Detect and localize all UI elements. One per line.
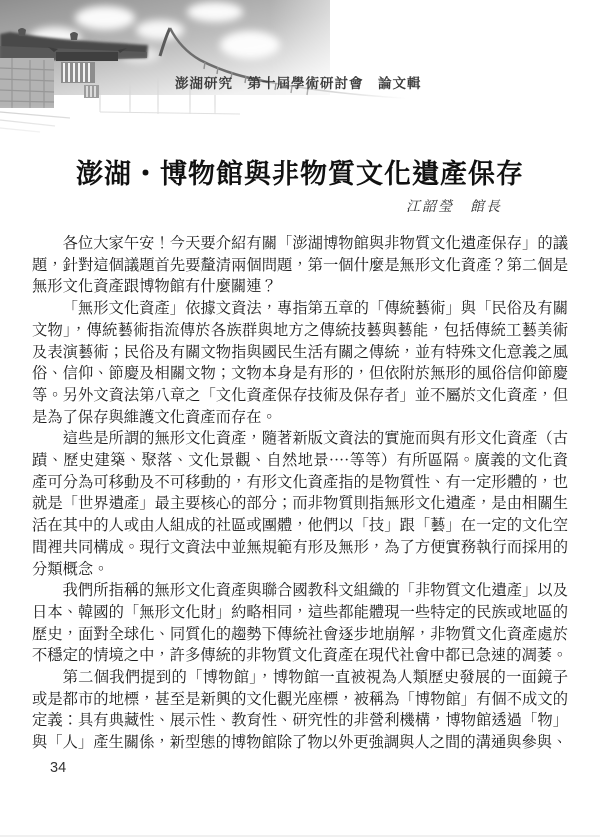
paragraph-5: 第二個我們提到的「博物館」，博物館一直被視為人類歷史發展的一面鏡子或是都市的地標…: [32, 667, 568, 754]
document-page: 澎湖研究 第十屆學術研討會 論文輯 澎湖・博物館與非物質文化遺產保存 江韶瑩 館…: [0, 0, 600, 837]
journal-header: 澎湖研究 第十屆學術研討會 論文輯: [175, 72, 422, 92]
article-body: 各位大家午安！今天要介紹有關「澎湖博物館與非物質文化遺產保存」的議題，針對這個議…: [32, 233, 568, 754]
paragraph-4: 我們所指稱的無形文化資產與聯合國教科文組織的「非物質文化遺產」以及日本、韓國的「…: [32, 580, 568, 667]
page-number: 34: [50, 760, 66, 776]
paragraph-3: 這些是所謂的無形文化資產，隨著新版文資法的實施而與有形文化資產（古蹟、歷史建築、…: [32, 428, 568, 580]
paragraph-2: 「無形文化資產」依據文資法，專指第五章的「傳統藝術」與「民俗及有關文物」，傳統藝…: [32, 298, 568, 428]
paragraph-1: 各位大家午安！今天要介紹有關「澎湖博物館與非物質文化遺產保存」的議題，針對這個議…: [32, 233, 568, 298]
header-building-photo: [0, 0, 520, 140]
author-line: 江韶瑩 館長: [406, 196, 502, 216]
article-title: 澎湖・博物館與非物質文化遺產保存: [0, 152, 600, 191]
